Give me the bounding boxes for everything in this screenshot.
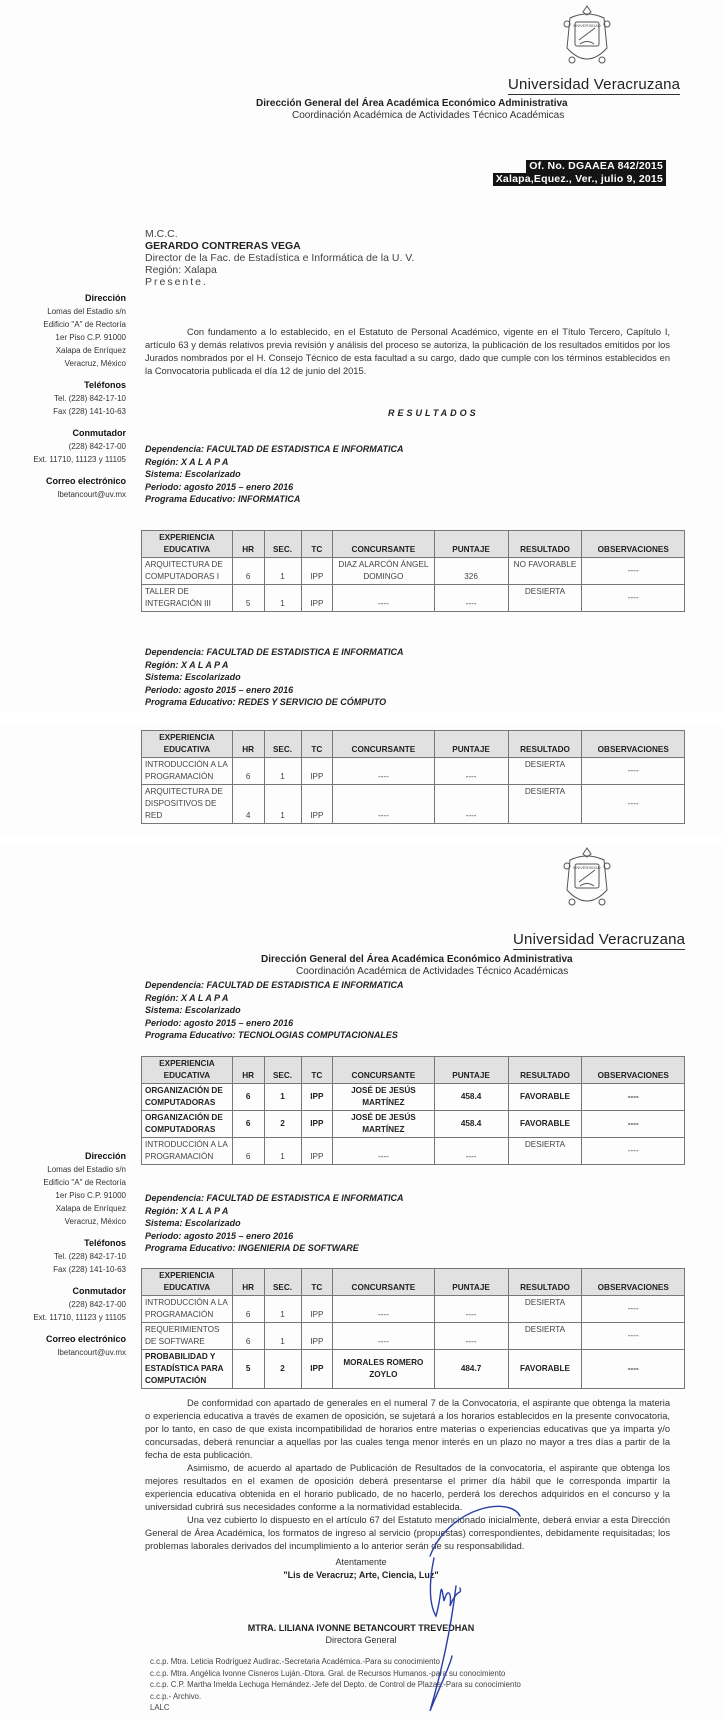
cell-sec: 1 [264,758,301,785]
university-name: Universidad Veracruzana [508,76,680,95]
cell-tc: IPP [301,758,333,785]
cell-tc: IPP [301,585,333,612]
column-header: PUNTAJE [434,731,508,758]
cell-observaciones: ---- [582,585,685,612]
fax-line: Fax (228) 141-10-63 [0,1263,126,1276]
column-header: TC [301,1269,333,1296]
column-header: EXPERIENCIA EDUCATIVA [142,731,233,758]
address-line: Veracruz, México [0,1215,126,1228]
fax-line: Fax (228) 141-10-63 [0,405,126,418]
cell-hr: 6 [232,1323,264,1350]
intro-paragraph: Con fundamento a lo establecido, en el E… [145,326,670,378]
recipient-position: Director de la Fac. de Estadística e Inf… [145,252,414,264]
address-line: Edificio "A" de Rectoría [0,318,126,331]
contact-sidebar: Dirección Lomas del Estadio s/n Edificio… [0,1150,126,1359]
cell-tc: IPP [301,785,333,824]
column-header: HR [232,1057,264,1084]
cell-resultado: DESIERTA [508,585,582,612]
email-link[interactable]: lbetancourt@uv.mx [0,488,126,501]
direccion-general: Dirección General del Área Académica Eco… [261,954,573,965]
cell-sec: 1 [264,1084,301,1111]
results-table-software: EXPERIENCIA EDUCATIVAHRSEC.TCCONCURSANTE… [141,1268,685,1389]
table-row: TALLER DE INTEGRACIÓN III51IPP--------DE… [142,585,685,612]
cell-tc: IPP [301,1296,333,1323]
cell-sec: 2 [264,1111,301,1138]
university-seal-icon: UNIVERSIDAD [560,4,614,70]
column-header: OBSERVACIONES [582,531,685,558]
section-2-info: Dependencia: FACULTAD DE ESTADISTICA E I… [145,646,404,709]
cell-concursante: JOSÉ DE JESÚS MARTÍNEZ [333,1111,434,1138]
coordinacion: Coordinación Académica de Actividades Té… [292,110,564,121]
table-row: ORGANIZACIÓN DE COMPUTADORAS62IPPJOSÉ DE… [142,1111,685,1138]
cell-concursante: ---- [333,585,434,612]
ccp-item: LALC [150,1702,521,1714]
telefonos-label: Teléfonos [0,1237,126,1250]
cell-concursante: DIAZ ALARCÓN ÁNGEL DOMINGO [333,558,434,585]
results-table-redes: EXPERIENCIA EDUCATIVAHRSEC.TCCONCURSANTE… [141,730,685,824]
cell-observaciones: ---- [582,1350,685,1389]
cell-puntaje: ---- [434,585,508,612]
column-header: RESULTADO [508,731,582,758]
direccion-label: Dirección [0,292,126,305]
cell-resultado: FAVORABLE [508,1084,582,1111]
column-header: HR [232,531,264,558]
correo-label: Correo electrónico [0,475,126,488]
university-seal-icon: UNIVERSIDAD [560,846,614,912]
cell-concursante: ---- [333,1323,434,1350]
cell-observaciones: ---- [582,1084,685,1111]
address-line: Lomas del Estadio s/n [0,1163,126,1176]
cell-resultado: DESIERTA [508,785,582,824]
cell-sec: 1 [264,1323,301,1350]
contact-sidebar: Dirección Lomas del Estadio s/n Edificio… [0,292,126,501]
cell-resultado: FAVORABLE [508,1111,582,1138]
cell-resultado: NO FAVORABLE [508,558,582,585]
cell-experiencia: INTRODUCCIÓN A LA PROGRAMACIÓN [142,1138,233,1165]
column-header: OBSERVACIONES [582,1269,685,1296]
closing-paragraph-2: Asimismo, de acuerdo al apartado de Publ… [145,1462,670,1514]
cell-puntaje: 458.4 [434,1111,508,1138]
svg-text:UNIVERSIDAD: UNIVERSIDAD [573,865,600,870]
telefonos-label: Teléfonos [0,379,126,392]
cell-resultado: FAVORABLE [508,1350,582,1389]
column-header: OBSERVACIONES [582,731,685,758]
cell-tc: IPP [301,1111,333,1138]
table-header-row: EXPERIENCIA EDUCATIVAHRSEC.TCCONCURSANTE… [142,1057,685,1084]
section-1-info: Dependencia: FACULTAD DE ESTADISTICA E I… [145,443,404,506]
cell-hr: 6 [232,758,264,785]
cell-puntaje: 326 [434,558,508,585]
extension-line: Ext. 11710, 11123 y 11105 [0,1311,126,1324]
cell-sec: 1 [264,1138,301,1165]
cell-tc: IPP [301,1323,333,1350]
address-line: Veracruz, México [0,357,126,370]
address-line: 1er Piso C.P. 91000 [0,1189,126,1202]
cell-puntaje: 484.7 [434,1350,508,1389]
table-row: ORGANIZACIÓN DE COMPUTADORAS61IPPJOSÉ DE… [142,1084,685,1111]
cell-puntaje: 458.4 [434,1084,508,1111]
cell-hr: 6 [232,1111,264,1138]
address-line: 1er Piso C.P. 91000 [0,331,126,344]
column-header: CONCURSANTE [333,1269,434,1296]
column-header: EXPERIENCIA EDUCATIVA [142,1057,233,1084]
svg-text:UNIVERSIDAD: UNIVERSIDAD [573,23,600,28]
direccion-general: Dirección General del Área Académica Eco… [256,98,568,109]
cell-resultado: DESIERTA [508,1296,582,1323]
cell-hr: 6 [232,558,264,585]
cell-tc: IPP [301,558,333,585]
atentamente: Atentamente [0,1557,722,1567]
cell-hr: 6 [232,1084,264,1111]
cell-experiencia: ORGANIZACIÓN DE COMPUTADORAS [142,1111,233,1138]
cell-sec: 1 [264,1296,301,1323]
extension-line: Ext. 11710, 11123 y 11105 [0,453,126,466]
results-table-informatica: EXPERIENCIA EDUCATIVAHRSEC.TCCONCURSANTE… [141,530,685,612]
correo-label: Correo electrónico [0,1333,126,1346]
table-header-row: EXPERIENCIA EDUCATIVAHRSEC.TCCONCURSANTE… [142,531,685,558]
coordinacion: Coordinación Académica de Actividades Té… [296,966,568,977]
recipient-title: M.C.C. [145,228,414,240]
column-header: PUNTAJE [434,1269,508,1296]
recipient-name: GERARDO CONTRERAS VEGA [145,240,414,252]
page-1: UNIVERSIDAD Universidad Veracruzana Dire… [0,0,722,712]
conmutador-label: Conmutador [0,427,126,440]
university-name: Universidad Veracruzana [513,931,685,950]
cell-sec: 1 [264,785,301,824]
column-header: RESULTADO [508,531,582,558]
cell-experiencia: INTRODUCCIÓN A LA PROGRAMACIÓN [142,758,233,785]
column-header: PUNTAJE [434,1057,508,1084]
recipient-presente: Presente. [145,276,414,288]
table-row: INTRODUCCIÓN A LA PROGRAMACIÓN61IPP-----… [142,758,685,785]
ccp-item: c.c.p. Mtra. Leticia Rodríguez Audirac.-… [150,1656,521,1668]
ccp-item: c.c.p.- Archivo. [150,1691,521,1703]
table-row: ARQUITECTURA DE DISPOSITIVOS DE RED41IPP… [142,785,685,824]
cell-sec: 1 [264,558,301,585]
cell-experiencia: INTRODUCCIÓN A LA PROGRAMACIÓN [142,1296,233,1323]
cell-sec: 2 [264,1350,301,1389]
column-header: EXPERIENCIA EDUCATIVA [142,1269,233,1296]
cell-puntaje: ---- [434,1323,508,1350]
table-row: PROBABILIDAD Y ESTADÍSTICA PARA COMPUTAC… [142,1350,685,1389]
cell-observaciones: ---- [582,1138,685,1165]
cell-observaciones: ---- [582,1296,685,1323]
column-header: TC [301,531,333,558]
cell-tc: IPP [301,1138,333,1165]
cell-tc: IPP [301,1350,333,1389]
signer-position: Directora General [0,1635,722,1645]
address-line: Xalapa de Enríquez [0,1202,126,1215]
cell-concursante: ---- [333,758,434,785]
place-date: Xalapa,Equez., Ver., julio 9, 2015 [493,173,666,186]
cell-hr: 4 [232,785,264,824]
table-row: ARQUITECTURA DE COMPUTADORAS I61IPPDIAZ … [142,558,685,585]
signer-name: MTRA. LILIANA IVONNE BETANCOURT TREVEDHA… [0,1623,722,1633]
cell-experiencia: TALLER DE INTEGRACIÓN III [142,585,233,612]
column-header: PUNTAJE [434,531,508,558]
ccp-item: c.c.p. Mtra. Angélica Ivonne Cisneros Lu… [150,1668,521,1680]
resultados-heading: RESULTADOS [388,408,479,418]
address-line: Lomas del Estadio s/n [0,305,126,318]
address-line: Edificio "A" de Rectoría [0,1176,126,1189]
cell-puntaje: ---- [434,1296,508,1323]
table-header-row: EXPERIENCIA EDUCATIVAHRSEC.TCCONCURSANTE… [142,1269,685,1296]
cell-observaciones: ---- [582,758,685,785]
cell-resultado: DESIERTA [508,1138,582,1165]
cell-resultado: DESIERTA [508,758,582,785]
cell-sec: 1 [264,585,301,612]
cell-hr: 6 [232,1296,264,1323]
table-row: INTRODUCCIÓN A LA PROGRAMACIÓN61IPP-----… [142,1138,685,1165]
oficio-number: Of. No. DGAAEA 842/2015 [526,160,666,173]
cell-concursante: ---- [333,785,434,824]
cell-hr: 5 [232,1350,264,1389]
cell-experiencia: REQUERIMIENTOS DE SOFTWARE [142,1323,233,1350]
column-header: RESULTADO [508,1057,582,1084]
cell-experiencia: ARQUITECTURA DE DISPOSITIVOS DE RED [142,785,233,824]
cell-hr: 6 [232,1138,264,1165]
cell-experiencia: ORGANIZACIÓN DE COMPUTADORAS [142,1084,233,1111]
cell-experiencia: ARQUITECTURA DE COMPUTADORAS I [142,558,233,585]
column-header: CONCURSANTE [333,1057,434,1084]
cell-experiencia: PROBABILIDAD Y ESTADÍSTICA PARA COMPUTAC… [142,1350,233,1389]
column-header: CONCURSANTE [333,731,434,758]
ccp-list: c.c.p. Mtra. Leticia Rodríguez Audirac.-… [150,1656,521,1714]
closing-paragraph-3: Una vez cubierto lo dispuesto en el artí… [145,1514,670,1553]
column-header: EXPERIENCIA EDUCATIVA [142,531,233,558]
table-header-row: EXPERIENCIA EDUCATIVAHRSEC.TCCONCURSANTE… [142,731,685,758]
column-header: TC [301,731,333,758]
ccp-item: c.c.p. C.P. Martha Imelda Lechuga Hernán… [150,1679,521,1691]
switchboard-line: (228) 842-17-00 [0,440,126,453]
address-line: Xalapa de Enríquez [0,344,126,357]
switchboard-line: (228) 842-17-00 [0,1298,126,1311]
page-3: UNIVERSIDAD Universidad Veracruzana Dire… [0,844,722,1720]
cell-observaciones: ---- [582,785,685,824]
column-header: HR [232,731,264,758]
column-header: RESULTADO [508,1269,582,1296]
cell-observaciones: ---- [582,558,685,585]
cell-observaciones: ---- [582,1111,685,1138]
section-4-info: Dependencia: FACULTAD DE ESTADISTICA E I… [145,1192,404,1255]
phone-line: Tel. (228) 842-17-10 [0,1250,126,1263]
cell-puntaje: ---- [434,758,508,785]
cell-concursante: JOSÉ DE JESÚS MARTÍNEZ [333,1084,434,1111]
phone-line: Tel. (228) 842-17-10 [0,392,126,405]
column-header: SEC. [264,1057,301,1084]
table-row: INTRODUCCIÓN A LA PROGRAMACIÓN61IPP-----… [142,1296,685,1323]
lema: "Lis de Veracruz; Arte, Ciencia, Luz" [0,1570,722,1580]
conmutador-label: Conmutador [0,1285,126,1298]
column-header: SEC. [264,531,301,558]
column-header: OBSERVACIONES [582,1057,685,1084]
cell-concursante: MORALES ROMERO ZOYLO [333,1350,434,1389]
results-table-tecnologias: EXPERIENCIA EDUCATIVAHRSEC.TCCONCURSANTE… [141,1056,685,1165]
direccion-label: Dirección [0,1150,126,1163]
email-link[interactable]: lbetancourt@uv.mx [0,1346,126,1359]
column-header: SEC. [264,1269,301,1296]
page-2: EXPERIENCIA EDUCATIVAHRSEC.TCCONCURSANTE… [0,726,722,836]
cell-tc: IPP [301,1084,333,1111]
cell-concursante: ---- [333,1296,434,1323]
section-3-info: Dependencia: FACULTAD DE ESTADISTICA E I… [145,979,404,1042]
table-row: REQUERIMIENTOS DE SOFTWARE61IPP--------D… [142,1323,685,1350]
column-header: CONCURSANTE [333,531,434,558]
recipient-region: Región: Xalapa [145,264,414,276]
cell-concursante: ---- [333,1138,434,1165]
closing-paragraph-1: De conformidad con apartado de generales… [145,1397,670,1462]
column-header: TC [301,1057,333,1084]
cell-puntaje: ---- [434,785,508,824]
cell-puntaje: ---- [434,1138,508,1165]
column-header: HR [232,1269,264,1296]
cell-resultado: DESIERTA [508,1323,582,1350]
cell-observaciones: ---- [582,1323,685,1350]
cell-hr: 5 [232,585,264,612]
recipient-block: M.C.C. GERARDO CONTRERAS VEGA Director d… [145,228,414,288]
column-header: SEC. [264,731,301,758]
